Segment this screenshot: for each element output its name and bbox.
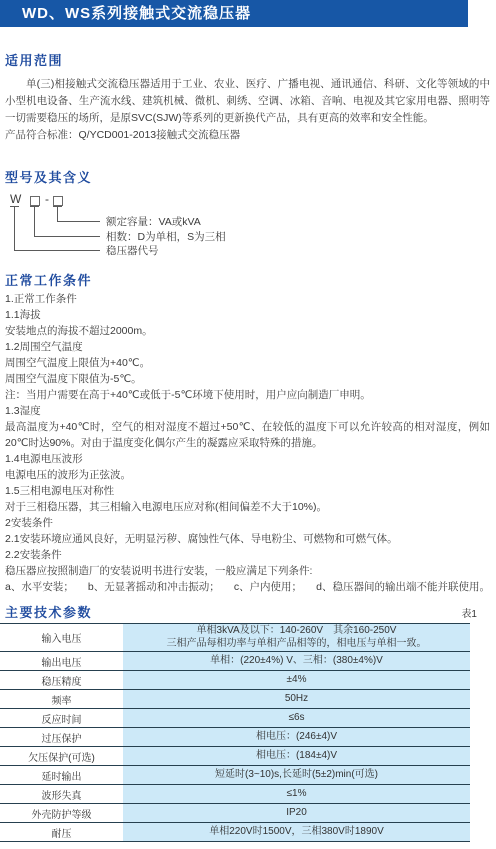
table-row: 输出电压 单相：(220±4%) V、三相：(380±4%)V [0, 652, 470, 671]
parameter-value-cell: 相电压：(246±4)V [123, 728, 470, 746]
parameter-value-line2: 三相产品每相功率与单相产品相等的，相电压与单相一致。 [167, 638, 427, 651]
parameter-value-cell: 单相：(220±4%) V、三相：(380±4%)V [123, 652, 470, 670]
document-page: { "header": { "title": "WD、WS系列接触式交流稳压器"… [0, 0, 496, 849]
parameter-name-cell: 耐压 [0, 823, 123, 841]
parameter-name-cell: 延时输出 [0, 766, 123, 784]
install-requirement-item: a、水平安装； [5, 579, 74, 595]
model-dash: - [45, 192, 49, 206]
condition-line: 2安装条件 [0, 515, 496, 531]
parameter-name-cell: 输出电压 [0, 652, 123, 670]
condition-line: 稳压器应按照制造厂的安装说明书进行安装，一般应满足下列条件: [0, 563, 496, 579]
page-title: WD、WS系列接触式交流稳压器 [0, 0, 468, 27]
table-number-tag: 表1 [461, 609, 477, 621]
parameter-value-cell: ±4% [123, 671, 470, 689]
parameter-name-cell: 欠压保护(可选) [0, 747, 123, 765]
parameter-name-cell: 稳压精度 [0, 671, 123, 689]
conditions-list: 1.正常工作条件1.1海拔安装地点的海拔不超过2000m。1.2周围空气温度周围… [0, 291, 496, 579]
parameter-name-cell: 波形失真 [0, 785, 123, 803]
parameter-value-line1: 单相220V时1500V，三相380V时1890V [209, 826, 384, 839]
condition-line: 1.1海拔 [0, 307, 496, 323]
model-label-phase: 相数：D为单相，S为三相 [106, 229, 226, 244]
parameter-name-cell: 过压保护 [0, 728, 123, 746]
install-requirement-item: b、无显著摇动和冲击振动； [88, 579, 220, 595]
parameter-value-line1: 短延时(3~10)s,长延时(5±2)min(可选) [215, 769, 378, 782]
table-row: 稳压精度 ±4% [0, 671, 470, 690]
diagram-vertical-line [57, 206, 58, 221]
table-row: 外壳防护等级 IP20 [0, 804, 470, 823]
parameter-value-line1: ≤1% [287, 788, 307, 801]
parameters-heading: 主要技术参数 [0, 605, 92, 621]
parameter-value-cell: 单相3kVA及以下：140-260V 其余160-250V 三相产品每相功率与单… [123, 624, 470, 651]
table-row: 输入电压 单相3kVA及以下：140-260V 其余160-250V 三相产品每… [0, 624, 470, 652]
condition-line: 1.3湿度 [0, 403, 496, 419]
install-requirement-item: c、户内使用； [234, 579, 302, 595]
parameter-value-cell: 短延时(3~10)s,长延时(5±2)min(可选) [123, 766, 470, 784]
condition-line: 周围空气温度上限值为+40℃。 [0, 355, 496, 371]
scope-standard-line: 产品符合标准：Q/YCD001-2013接触式交流稳压器 [0, 127, 496, 144]
model-label-code: 稳压器代号 [106, 243, 159, 258]
table-row: 波形失真 ≤1% [0, 785, 470, 804]
parameter-value-cell: ≤1% [123, 785, 470, 803]
conditions-heading: 正常工作条件 [0, 273, 496, 289]
parameter-value-line1: ≤6s [288, 712, 304, 725]
condition-line: 安装地点的海拔不超过2000m。 [0, 323, 496, 339]
condition-line: 1.5三相电源电压对称性 [0, 483, 496, 499]
parameter-name-cell: 频率 [0, 690, 123, 708]
parameter-value-cell: 单相220V时1500V，三相380V时1890V [123, 823, 470, 841]
section-model: 型号及其含义 W - 额定容量：VA或kVA 相数：D为单相，S为三相 稳压器代… [0, 170, 496, 265]
condition-line: 2.1安装环境应通风良好，无明显污秽、腐蚀性气体、导电粉尘、可燃物和可燃气体。 [0, 531, 496, 547]
model-code-diagram: W - 额定容量：VA或kVA 相数：D为单相，S为三相 稳压器代号 [0, 193, 496, 265]
condition-line: 1.4电源电压波形 [0, 451, 496, 467]
diagram-vertical-line [34, 206, 35, 236]
condition-line: 周围空气温度下限值为-5℃。 [0, 371, 496, 387]
diagram-horizontal-line [14, 250, 100, 251]
parameter-value-line1: ±4% [287, 674, 307, 687]
parameters-table: 输入电压 单相3kVA及以下：140-260V 其余160-250V 三相产品每… [0, 623, 470, 842]
parameter-name-cell: 反应时间 [0, 709, 123, 727]
install-requirements-row: a、水平安装；b、无显著摇动和冲击振动；c、户内使用；d、稳压器间的输出端不能并… [0, 579, 496, 595]
install-requirement-item: d、稳压器间的输出端不能并联使用。 [316, 579, 490, 595]
model-capacity-box [53, 196, 63, 206]
condition-line: 电源电压的波形为正弦波。 [0, 467, 496, 483]
condition-line: 对于三相稳压器，其三相输入电源电压应对称(相间偏差不大于10%)。 [0, 499, 496, 515]
table-row: 频率 50Hz [0, 690, 470, 709]
parameter-value-line1: 单相3kVA及以下：140-260V 其余160-250V [197, 625, 397, 638]
condition-line: 注：当用户需要在高于+40℃或低于-5℃环境下使用时，用户应向制造厂申明。 [0, 387, 496, 403]
table-row: 延时输出 短延时(3~10)s,长延时(5±2)min(可选) [0, 766, 470, 785]
scope-heading: 适用范围 [0, 53, 496, 69]
parameter-value-line1: IP20 [286, 807, 307, 820]
condition-line: 2.2安装条件 [0, 547, 496, 563]
diagram-horizontal-line [57, 221, 100, 222]
scope-paragraph: 单(三)相接触式交流稳压器适用于工业、农业、医疗、广播电视、通讯通信、科研、文化… [0, 76, 496, 127]
parameter-value-line1: 相电压：(184±4)V [256, 750, 337, 763]
page-header: WD、WS系列接触式交流稳压器 [0, 0, 468, 27]
table-row: 反应时间 ≤6s [0, 709, 470, 728]
parameter-value-cell: IP20 [123, 804, 470, 822]
parameter-name-cell: 外壳防护等级 [0, 804, 123, 822]
diagram-horizontal-line [34, 236, 100, 237]
condition-line: 最高温度为+40℃时，空气的相对湿度不超过+50℃、在较低的温度下可以允许较高的… [0, 419, 496, 451]
parameters-header-row: 主要技术参数 表1 [0, 605, 496, 621]
parameter-value-line1: 50Hz [285, 693, 308, 706]
section-scope: 适用范围 单(三)相接触式交流稳压器适用于工业、农业、医疗、广播电视、通讯通信、… [0, 53, 496, 144]
section-conditions: 正常工作条件 1.正常工作条件1.1海拔安装地点的海拔不超过2000m。1.2周… [0, 273, 496, 595]
table-row: 欠压保护(可选) 相电压：(184±4)V [0, 747, 470, 766]
model-prefix-letter: W [10, 192, 21, 206]
model-label-capacity: 额定容量：VA或kVA [106, 214, 201, 229]
parameter-value-line1: 相电压：(246±4)V [256, 731, 337, 744]
parameter-value-cell: 相电压：(184±4)V [123, 747, 470, 765]
parameter-name-cell: 输入电压 [0, 624, 123, 651]
condition-line: 1.2周围空气温度 [0, 339, 496, 355]
condition-line: 1.正常工作条件 [0, 291, 496, 307]
model-heading: 型号及其含义 [0, 170, 496, 186]
parameter-value-line1: 单相：(220±4%) V、三相：(380±4%)V [210, 655, 383, 668]
table-row: 耐压 单相220V时1500V，三相380V时1890V [0, 823, 470, 842]
parameter-value-cell: 50Hz [123, 690, 470, 708]
diagram-vertical-line [14, 206, 15, 251]
model-phase-box [30, 196, 40, 206]
parameter-value-cell: ≤6s [123, 709, 470, 727]
section-parameters: 主要技术参数 表1 输入电压 单相3kVA及以下：140-260V 其余160-… [0, 605, 496, 842]
table-row: 过压保护 相电压：(246±4)V [0, 728, 470, 747]
